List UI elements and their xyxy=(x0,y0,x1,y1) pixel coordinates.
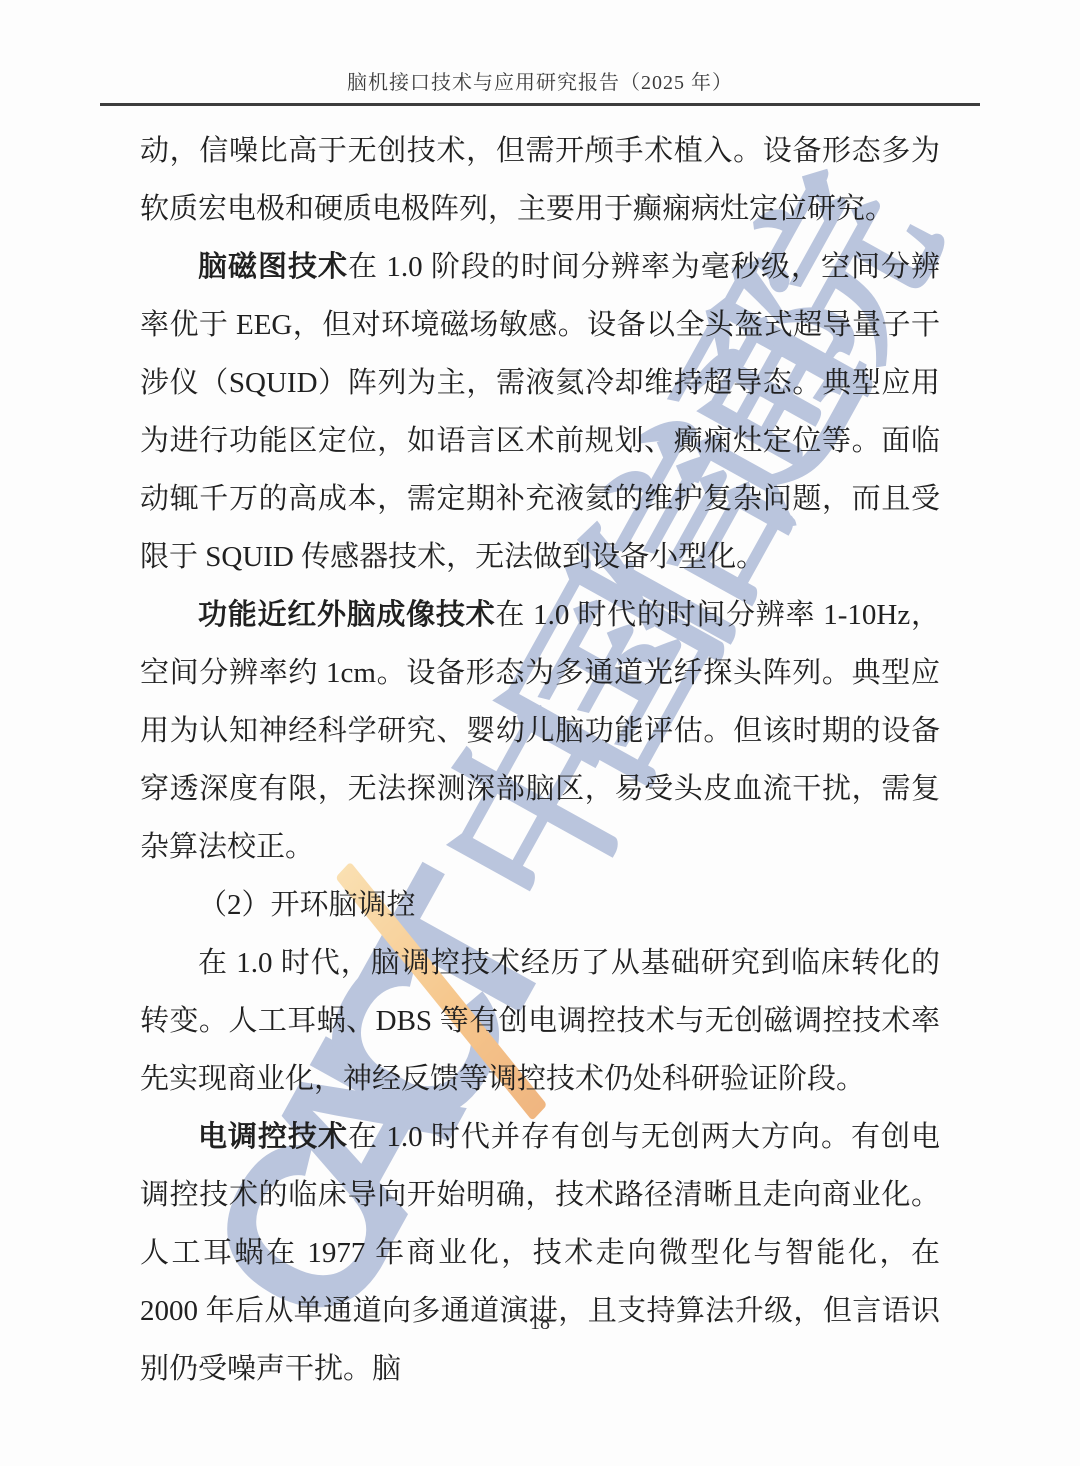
text-run: 在 1.0 阶段的时间分辨率为毫秒级，空间分辨率优于 EEG，但对环境磁场敏感。… xyxy=(140,251,940,573)
paragraph: 电调控技术在 1.0 时代并存有创与无创两大方向。有创电调控技术的临床导向开始明… xyxy=(140,1108,940,1398)
text-run: 在 1.0 时代，脑调控技术经历了从基础研究到临床转化的转变。人工耳蜗、DBS … xyxy=(140,947,940,1095)
page-header: 脑机接口技术与应用研究报告（2025 年） xyxy=(100,0,980,106)
term-bold-run: 脑磁图技术 xyxy=(198,251,348,283)
body-text: 动，信噪比高于无创技术，但需开颅手术植入。设备形态多为软质宏电极和硬质电极阵列，… xyxy=(140,122,940,1398)
text-run: （2）开环脑调控 xyxy=(198,889,416,921)
term-bold-run: 电调控技术 xyxy=(198,1121,348,1153)
paragraph: 动，信噪比高于无创技术，但需开颅手术植入。设备形态多为软质宏电极和硬质电极阵列，… xyxy=(140,122,940,238)
paragraph: 脑磁图技术在 1.0 阶段的时间分辨率为毫秒级，空间分辨率优于 EEG，但对环境… xyxy=(140,238,940,586)
term-bold-run: 功能近红外脑成像技术 xyxy=(198,599,495,631)
document-page: CAICT 中国信通院 脑机接口技术与应用研究报告（2025 年） 动，信噪比高… xyxy=(0,0,1080,1466)
paragraph: （2）开环脑调控 xyxy=(140,876,940,934)
paragraph: 在 1.0 时代，脑调控技术经历了从基础研究到临床转化的转变。人工耳蜗、DBS … xyxy=(140,934,940,1108)
paragraph: 功能近红外脑成像技术在 1.0 时代的时间分辨率 1-10Hz，空间分辨率约 1… xyxy=(140,586,940,876)
page-footer: 18 xyxy=(0,1312,1080,1335)
header-rule xyxy=(100,103,980,106)
text-run: 动，信噪比高于无创技术，但需开颅手术植入。设备形态多为软质宏电极和硬质电极阵列，… xyxy=(140,135,940,225)
text-run: 在 1.0 时代并存有创与无创两大方向。有创电调控技术的临床导向开始明确，技术路… xyxy=(140,1121,940,1385)
report-title: 脑机接口技术与应用研究报告（2025 年） xyxy=(100,0,980,95)
text-run: 在 1.0 时代的时间分辨率 1-10Hz，空间分辨率约 1cm。设备形态为多通… xyxy=(140,599,940,863)
page-number: 18 xyxy=(530,1312,550,1334)
